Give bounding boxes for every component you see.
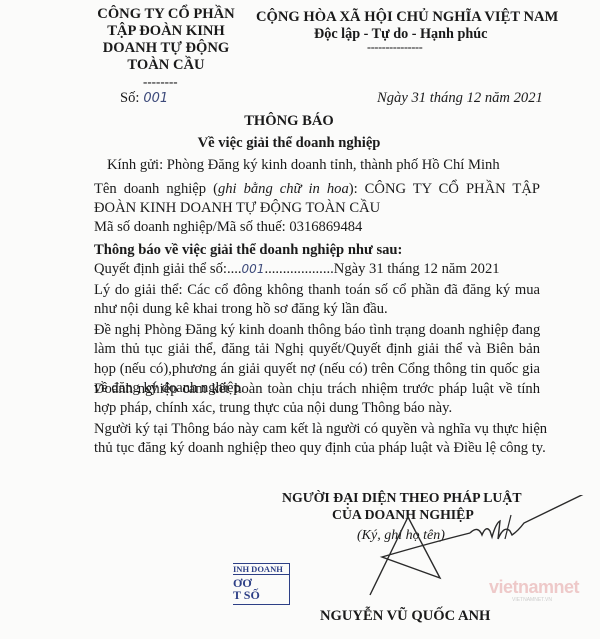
document-title: THÔNG BÁO: [0, 113, 578, 130]
reason-line: Lý do giải thể: Các cổ đông không thanh …: [94, 281, 540, 300]
company-divider: --------: [143, 74, 178, 90]
document-subtitle: Về việc giải thể doanh nghiệp: [0, 135, 578, 152]
company-name-line: Tên doanh nghiệp (ghi bằng chữ in hoa): …: [94, 180, 540, 199]
company-name-line-2: ĐOÀN KINH DOANH TỰ ĐỘNG TOÀN CẦU: [94, 199, 540, 218]
company-line: TẬP ĐOÀN KINH: [92, 23, 240, 40]
commit-line: Doanh nghiệp cam kết hoàn toàn chịu trác…: [94, 380, 540, 399]
document-number: Số:001: [120, 90, 168, 107]
decision-date: Ngày 31 tháng 12 năm 2021: [334, 261, 500, 277]
company-line: CÔNG TY CỔ PHẦN: [92, 6, 240, 23]
company-name-label-end: ):: [349, 181, 365, 197]
tax-code: Mã số doanh nghiệp/Mã số thuế: 031686948…: [94, 218, 540, 237]
company-line: TOÀN CẦU: [92, 57, 240, 74]
decision-line: Quyết định giải thể số:....001..........…: [94, 260, 540, 279]
signer-line: Người ký tại Thông báo này cam kết là ng…: [94, 420, 540, 439]
stamp-line: T SỐ: [233, 588, 260, 603]
document-number-label: Số:: [120, 90, 139, 106]
request-line: Đề nghị Phòng Đăng ký kinh doanh thông b…: [94, 321, 540, 340]
document-number-value: 001: [143, 91, 168, 106]
reason-paragraph: Lý do giải thể: Các cổ đông không thanh …: [94, 281, 540, 320]
commitment-paragraph: Doanh nghiệp cam kết hoàn toàn chịu trác…: [94, 380, 540, 419]
document-date: Ngày 31 tháng 12 năm 2021: [377, 90, 543, 107]
nation-heading: CỘNG HÒA XÃ HỘI CHỦ NGHĨA VIỆT NAM: [256, 9, 558, 26]
signer-name: NGUYỄN VŨ QUỐC ANH: [320, 608, 490, 625]
company-name-hint: ghi bằng chữ in hoa: [218, 181, 349, 197]
request-line: họp (nếu có),phương án giải quyết nợ (nế…: [94, 360, 540, 379]
stamp-line: INH DOANH: [233, 564, 289, 575]
reason-line: như nội dung kê khai trong hồ sơ đăng ký…: [94, 300, 540, 319]
section-heading: Thông báo về việc giải thể doanh nghiệp …: [94, 241, 540, 260]
decision-number: 001: [242, 262, 265, 276]
dots: ....: [227, 261, 242, 277]
watermark-logo: vietnamnet: [489, 577, 579, 598]
signer-paragraph: Người ký tại Thông báo này cam kết là ng…: [94, 420, 540, 459]
motto-divider: ---------------: [367, 40, 422, 55]
commit-line: hợp pháp, chính xác, trung thực của nội …: [94, 399, 540, 418]
company-name-label: Tên doanh nghiệp (: [94, 181, 218, 197]
company-line: DOANH TỰ ĐỘNG: [92, 40, 240, 57]
watermark-subtext: VIETNAMNET.VN: [512, 597, 552, 603]
recipient: Kính gửi: Phòng Đăng ký kinh doanh tỉnh,…: [107, 157, 500, 174]
company-header: CÔNG TY CỔ PHẦN TẬP ĐOÀN KINH DOANH TỰ Đ…: [92, 6, 240, 74]
company-name-value: CÔNG TY CỔ PHẦN TẬP: [365, 181, 540, 197]
signer-line: thủ tục đăng ký doanh nghiệp theo quy đị…: [94, 439, 540, 458]
request-line: làm thủ tục giải thể, đăng tải Nghị quyế…: [94, 340, 540, 359]
official-stamp: INH DOANH ƠƠ T SỐ: [233, 563, 290, 605]
company-name-field: Tên doanh nghiệp (ghi bằng chữ in hoa): …: [94, 180, 540, 219]
decision-label: Quyết định giải thể số:: [94, 261, 227, 277]
dots: ...................: [264, 261, 333, 277]
